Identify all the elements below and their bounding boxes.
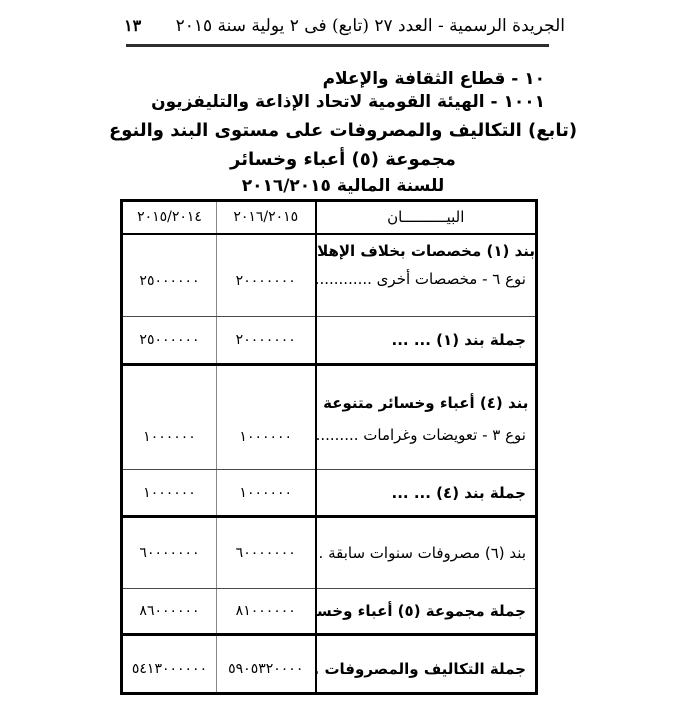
value-cell-2014-2015: ٢٥٠٠٠٠٠٠ [122, 317, 217, 365]
value-cell-2015-2016: ٥٩٠٥٣٢٠٠٠٠ [217, 635, 316, 694]
table-row: بند (١) مخصصات بخلاف الإهلاك نوع ٦ - مخص… [122, 234, 537, 317]
group-title: مجموعة (٥) أعباء وخسائر [23, 149, 663, 171]
statement-cell: بند (١) مخصصات بخلاف الإهلاك نوع ٦ - مخص… [316, 234, 537, 317]
table-row: جملة بند (٤) ... ... ١٠٠٠٠٠٠ ١٠٠٠٠٠٠ [122, 470, 537, 517]
statement-cell: جملة بند (٤) ... ... [316, 470, 537, 517]
value-cell-2014-2015: ١٠٠٠٠٠٠ [122, 365, 217, 470]
table-row: بند (٦) مصروفات سنوات سابقة ......... ٦٠… [122, 517, 537, 589]
table-row: جملة بند (١) ... ... ٢٠٠٠٠٠٠٠ ٢٥٠٠٠٠٠٠ [122, 317, 537, 365]
statement-cell: جملة مجموعة (٥) أعباء وخسائر ... ... [316, 589, 537, 635]
sector-line: ١٠ - قطاع الثقافة والإعلام [151, 68, 545, 91]
value-cell-2014-2015: ٥٤١٣٠٠٠٠٠٠ [122, 635, 217, 694]
value-cell-2015-2016: ١٠٠٠٠٠٠ [217, 470, 316, 517]
value-cell-2015-2016: ٦٠٠٠٠٠٠٠ [217, 517, 316, 589]
statement-cell: بند (٤) أعباء وخسائر متنوعة نوع ٣ - تعوي… [316, 365, 537, 470]
header-year-2014-2015: ٢٠١٥/٢٠١٤ [122, 201, 217, 234]
value-cell-2014-2015: ١٠٠٠٠٠٠ [122, 470, 217, 517]
item-type-line: نوع ٦ - مخصصات أخرى ................ [317, 269, 536, 289]
authority-line: ١٠٠١ - الهيئة القومية لاتحاد الإذاعة وال… [151, 91, 545, 114]
value-cell-2015-2016: ١٠٠٠٠٠٠ [217, 365, 316, 470]
page-header: الجريدة الرسمية - العدد ٢٧ (تابع) فى ٢ ي… [124, 14, 565, 38]
document-title: (تابع) التكاليف والمصروفات على مستوى الب… [23, 120, 663, 142]
budget-table: البيــــــــــان ٢٠١٦/٢٠١٥ ٢٠١٥/٢٠١٤ بند… [120, 199, 538, 695]
table-row: جملة التكاليف والمصروفات ... ... ٥٩٠٥٣٢٠… [122, 635, 537, 694]
gazette-page: الجريدة الرسمية - العدد ٢٧ (تابع) فى ٢ ي… [0, 0, 683, 703]
titles-block: (تابع) التكاليف والمصروفات على مستوى الب… [23, 120, 663, 197]
value-cell-2015-2016: ٢٠٠٠٠٠٠٠ [217, 317, 316, 365]
header-divider [126, 44, 549, 47]
header-year-2015-2016: ٢٠١٦/٢٠١٥ [217, 201, 316, 234]
gazette-title: الجريدة الرسمية - العدد ٢٧ (تابع) فى ٢ ي… [176, 14, 565, 38]
table-row: جملة مجموعة (٥) أعباء وخسائر ... ... ٨١٠… [122, 589, 537, 635]
fiscal-year-title: للسنة المالية ٢٠١٦/٢٠١٥ [23, 175, 663, 197]
table-header-row: البيــــــــــان ٢٠١٦/٢٠١٥ ٢٠١٥/٢٠١٤ [122, 201, 537, 234]
item-heading: بند (١) مخصصات بخلاف الإهلاك [317, 241, 536, 261]
value-cell-2014-2015: ٨٦٠٠٠٠٠٠ [122, 589, 217, 635]
statement-cell: جملة بند (١) ... ... [316, 317, 537, 365]
page-number: ١٣ [124, 14, 141, 38]
statement-cell: بند (٦) مصروفات سنوات سابقة ......... [316, 517, 537, 589]
value-cell-2015-2016: ٨١٠٠٠٠٠٠ [217, 589, 316, 635]
item-heading: بند (٤) أعباء وخسائر متنوعة [317, 393, 536, 413]
table-row: بند (٤) أعباء وخسائر متنوعة نوع ٣ - تعوي… [122, 365, 537, 470]
value-cell-2014-2015: ٢٥٠٠٠٠٠٠ [122, 234, 217, 317]
statement-cell: جملة التكاليف والمصروفات ... ... [316, 635, 537, 694]
value-cell-2015-2016: ٢٠٠٠٠٠٠٠ [217, 234, 316, 317]
header-statement: البيــــــــــان [316, 201, 537, 234]
section-block: ١٠ - قطاع الثقافة والإعلام ١٠٠١ - الهيئة… [151, 68, 545, 114]
value-cell-2014-2015: ٦٠٠٠٠٠٠٠ [122, 517, 217, 589]
item-type-line: نوع ٣ - تعويضات وغرامات .............. [317, 425, 536, 445]
